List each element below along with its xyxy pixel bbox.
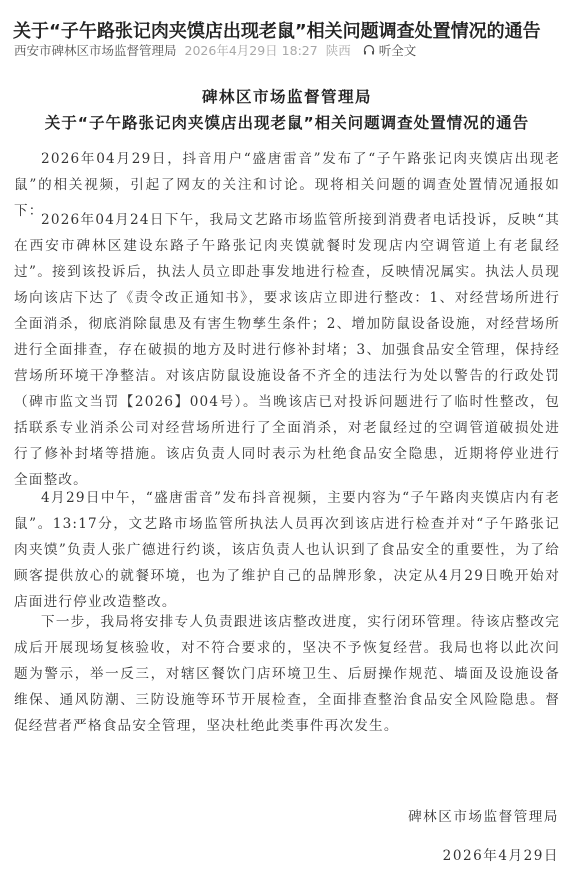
source-account[interactable]: 西安市碑林区市场监督管理局	[14, 41, 177, 59]
paragraph-followup: 4月29日中午，“盛唐雷音”发布抖音视频，主要内容为“子午路肉夹馍店内有老鼠”。…	[14, 485, 560, 615]
listen-full-text-button[interactable]: 听全文	[363, 41, 417, 59]
headphones-icon	[363, 44, 375, 56]
listen-label: 听全文	[379, 41, 417, 59]
article-meta: 西安市碑林区市场监督管理局 2026年4月29日 18:27 陕西 听全文	[14, 40, 416, 60]
paragraph-complaint: 2026年04月24日下午，我局文艺路市场监管所接到消费者电话投诉，反映“其在西…	[14, 207, 560, 493]
document-issuer: 碑林区市场监督管理局	[0, 85, 574, 107]
signature-date: 2026年4月29日	[443, 844, 559, 864]
region-label: 陕西	[326, 41, 351, 59]
document-title: 关于“子午路张记肉夹馍店出现老鼠”相关问题调查处置情况的通告	[0, 111, 574, 133]
signature-org: 碑林区市场监督管理局	[408, 805, 559, 825]
publish-time: 2026年4月29日 18:27	[185, 41, 318, 59]
paragraph-next-steps: 下一步，我局将安排专人负责跟进该店整改进度，实行闭环管理。待该店整改完成后开展现…	[14, 609, 560, 739]
